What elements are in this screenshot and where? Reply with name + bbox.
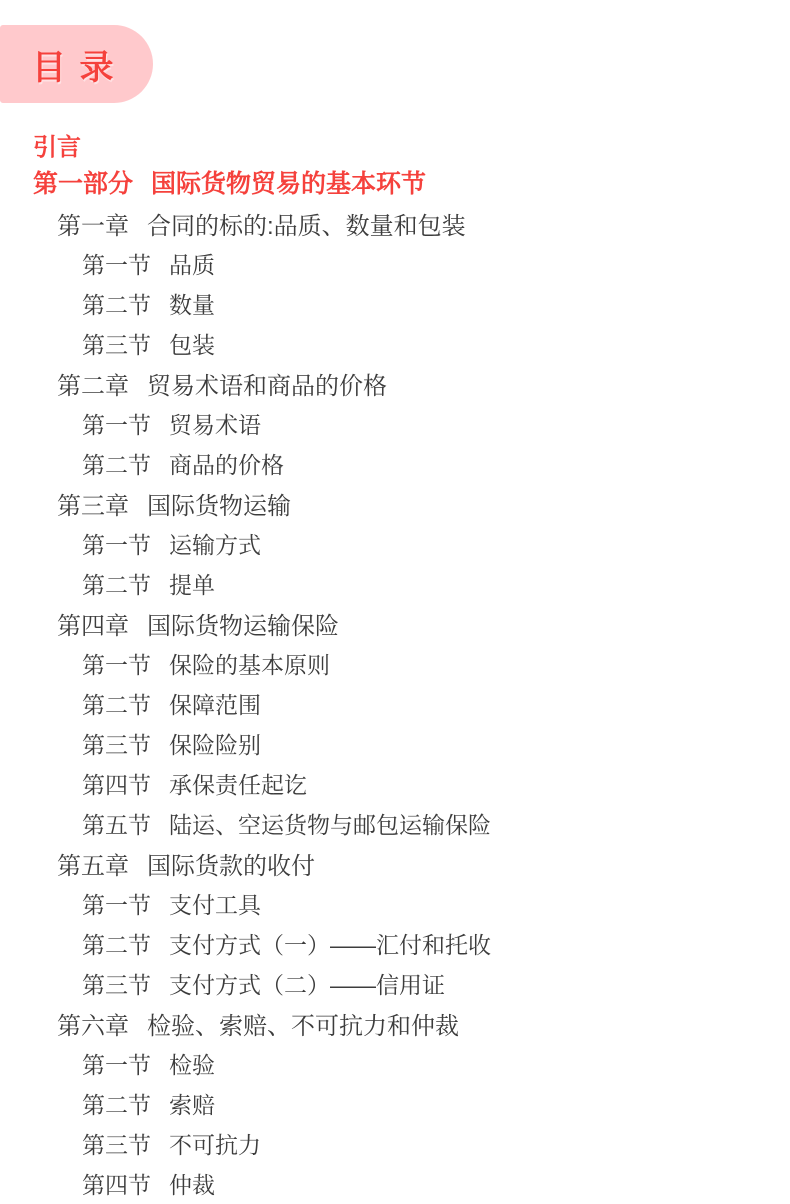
toc-section-row: 第一节品质 xyxy=(0,243,790,283)
toc-item-title: 运输方式 xyxy=(169,527,261,560)
toc-part-heading: 第一部分 国际货物贸易的基本环节 xyxy=(33,164,426,200)
toc-item-label: 第四节 xyxy=(82,1167,151,1200)
toc-section-row: 第一节检验 xyxy=(0,1043,790,1083)
toc-item-title: 国际货款的收付 xyxy=(147,846,315,881)
toc-item-title: 提单 xyxy=(169,567,215,600)
toc-item-title: 仲裁 xyxy=(169,1167,215,1200)
toc-part-title: 国际货物贸易的基本环节 xyxy=(151,164,426,200)
toc-section-row: 第三节保险险别 xyxy=(0,723,790,763)
toc-item-title: 不可抗力 xyxy=(169,1127,261,1160)
toc-item-title: 保险的基本原则 xyxy=(169,647,330,680)
toc-part-label: 第一部分 xyxy=(33,164,133,200)
toc-chapter-row: 第二章贸易术语和商品的价格 xyxy=(0,363,790,403)
toc-item-label: 第三节 xyxy=(82,727,151,760)
toc-item-label: 第一节 xyxy=(82,647,151,680)
toc-section-row: 第二节商品的价格 xyxy=(0,443,790,483)
toc-item-title: 保障范围 xyxy=(169,687,261,720)
toc-item-label: 第一章 xyxy=(57,206,129,241)
toc-item-title: 合同的标的:品质、数量和包装 xyxy=(147,206,466,241)
toc-item-title: 包装 xyxy=(169,327,215,360)
toc-item-label: 第二节 xyxy=(82,567,151,600)
toc-item-label: 第三章 xyxy=(57,486,129,521)
toc-item-label: 第二节 xyxy=(82,927,151,960)
toc-item-title: 承保责任起讫 xyxy=(169,767,307,800)
toc-intro-entry: 引言 xyxy=(33,127,81,162)
toc-list: 第一章合同的标的:品质、数量和包装第一节品质第二节数量第三节包装第二章贸易术语和… xyxy=(0,203,790,1203)
toc-item-title: 检验 xyxy=(169,1047,215,1080)
toc-item-title: 数量 xyxy=(169,287,215,320)
toc-item-label: 第三节 xyxy=(82,327,151,360)
toc-item-title: 国际货物运输保险 xyxy=(147,606,339,641)
toc-item-label: 第二节 xyxy=(82,1087,151,1120)
toc-section-row: 第一节保险的基本原则 xyxy=(0,643,790,683)
toc-item-label: 第四节 xyxy=(82,767,151,800)
toc-section-row: 第二节保障范围 xyxy=(0,683,790,723)
toc-item-label: 第三节 xyxy=(82,1127,151,1160)
toc-item-label: 第一节 xyxy=(82,527,151,560)
toc-section-row: 第二节提单 xyxy=(0,563,790,603)
toc-section-row: 第二节索赔 xyxy=(0,1083,790,1123)
toc-item-label: 第五节 xyxy=(82,807,151,840)
toc-section-row: 第三节支付方式（二）——信用证 xyxy=(0,963,790,1003)
toc-section-row: 第三节包装 xyxy=(0,323,790,363)
toc-item-label: 第一节 xyxy=(82,407,151,440)
toc-item-label: 第四章 xyxy=(57,606,129,641)
toc-item-title: 国际货物运输 xyxy=(147,486,291,521)
toc-item-label: 第一节 xyxy=(82,887,151,920)
page-title: 目 录 xyxy=(32,40,115,89)
toc-chapter-row: 第四章国际货物运输保险 xyxy=(0,603,790,643)
toc-section-row: 第一节贸易术语 xyxy=(0,403,790,443)
toc-item-title: 保险险别 xyxy=(169,727,261,760)
toc-item-label: 第六章 xyxy=(57,1006,129,1041)
toc-item-title: 索赔 xyxy=(169,1087,215,1120)
toc-section-row: 第四节仲裁 xyxy=(0,1163,790,1203)
toc-item-label: 第二节 xyxy=(82,287,151,320)
toc-item-title: 支付方式（一）——汇付和托收 xyxy=(169,927,491,960)
toc-section-row: 第三节不可抗力 xyxy=(0,1123,790,1163)
toc-chapter-row: 第六章检验、索赔、不可抗力和仲裁 xyxy=(0,1003,790,1043)
toc-header-badge: 目 录 xyxy=(0,25,153,103)
toc-item-title: 支付方式（二）——信用证 xyxy=(169,967,445,1000)
toc-item-title: 陆运、空运货物与邮包运输保险 xyxy=(169,807,491,840)
toc-item-title: 商品的价格 xyxy=(169,447,284,480)
toc-item-label: 第一节 xyxy=(82,1047,151,1080)
toc-item-title: 品质 xyxy=(169,247,215,280)
toc-item-label: 第二节 xyxy=(82,687,151,720)
toc-section-row: 第一节运输方式 xyxy=(0,523,790,563)
toc-section-row: 第四节承保责任起讫 xyxy=(0,763,790,803)
toc-item-title: 支付工具 xyxy=(169,887,261,920)
toc-item-label: 第二章 xyxy=(57,366,129,401)
toc-section-row: 第二节数量 xyxy=(0,283,790,323)
toc-chapter-row: 第三章国际货物运输 xyxy=(0,483,790,523)
toc-item-title: 检验、索赔、不可抗力和仲裁 xyxy=(147,1006,459,1041)
toc-item-label: 第五章 xyxy=(57,846,129,881)
toc-item-title: 贸易术语 xyxy=(169,407,261,440)
toc-section-row: 第一节支付工具 xyxy=(0,883,790,923)
toc-chapter-row: 第五章国际货款的收付 xyxy=(0,843,790,883)
toc-item-label: 第一节 xyxy=(82,247,151,280)
toc-item-label: 第三节 xyxy=(82,967,151,1000)
toc-section-row: 第五节陆运、空运货物与邮包运输保险 xyxy=(0,803,790,843)
toc-item-title: 贸易术语和商品的价格 xyxy=(147,366,387,401)
toc-item-label: 第二节 xyxy=(82,447,151,480)
toc-chapter-row: 第一章合同的标的:品质、数量和包装 xyxy=(0,203,790,243)
toc-section-row: 第二节支付方式（一）——汇付和托收 xyxy=(0,923,790,963)
